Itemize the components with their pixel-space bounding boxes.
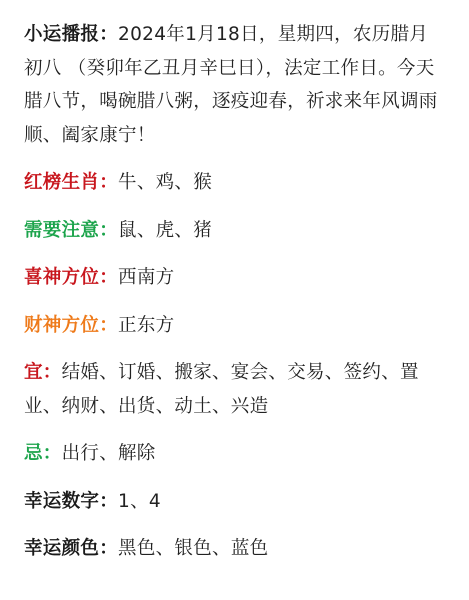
lucky-color-value: 黑色、银色、蓝色 (118, 538, 268, 559)
suitable-label: 宜： (24, 362, 62, 383)
wealth-god-direction-row: 财神方位：正东方 (24, 309, 445, 343)
lucky-color-row: 幸运颜色：黑色、银色、蓝色 (24, 532, 445, 566)
broadcast-label: 小运播报： (24, 24, 118, 45)
lucky-zodiac-value: 牛、鸡、猴 (118, 172, 212, 193)
suitable-value: 结婚、订婚、搬家、宴会、交易、签约、置业、纳财、出货、动土、兴造 (24, 362, 419, 417)
caution-zodiac-label: 需要注意： (24, 220, 118, 241)
lucky-zodiac-label: 红榜生肖： (24, 172, 118, 193)
joy-god-direction-label: 喜神方位： (24, 267, 118, 288)
joy-god-direction-row: 喜神方位：西南方 (24, 261, 445, 295)
lucky-zodiac-row: 红榜生肖：牛、鸡、猴 (24, 166, 445, 200)
lucky-number-value: 1、4 (118, 491, 161, 512)
lucky-number-label: 幸运数字： (24, 491, 118, 512)
daily-broadcast: 小运播报：2024年1月18日，星期四，农历腊月初八 （癸卯年乙丑月辛巳日），法… (24, 18, 445, 152)
suitable-activities-row: 宜：结婚、订婚、搬家、宴会、交易、签约、置业、纳财、出货、动土、兴造 (24, 356, 445, 423)
avoid-activities-row: 忌：出行、解除 (24, 437, 445, 471)
caution-zodiac-value: 鼠、虎、猪 (118, 220, 212, 241)
lucky-color-label: 幸运颜色： (24, 538, 118, 559)
wealth-god-direction-label: 财神方位： (24, 315, 118, 336)
avoid-value: 出行、解除 (62, 443, 156, 464)
joy-god-direction-value: 西南方 (118, 267, 174, 288)
almanac-article: 小运播报：2024年1月18日，星期四，农历腊月初八 （癸卯年乙丑月辛巳日），法… (0, 0, 469, 566)
avoid-label: 忌： (24, 443, 62, 464)
wealth-god-direction-value: 正东方 (118, 315, 174, 336)
caution-zodiac-row: 需要注意：鼠、虎、猪 (24, 214, 445, 248)
lucky-number-row: 幸运数字：1、4 (24, 485, 445, 519)
